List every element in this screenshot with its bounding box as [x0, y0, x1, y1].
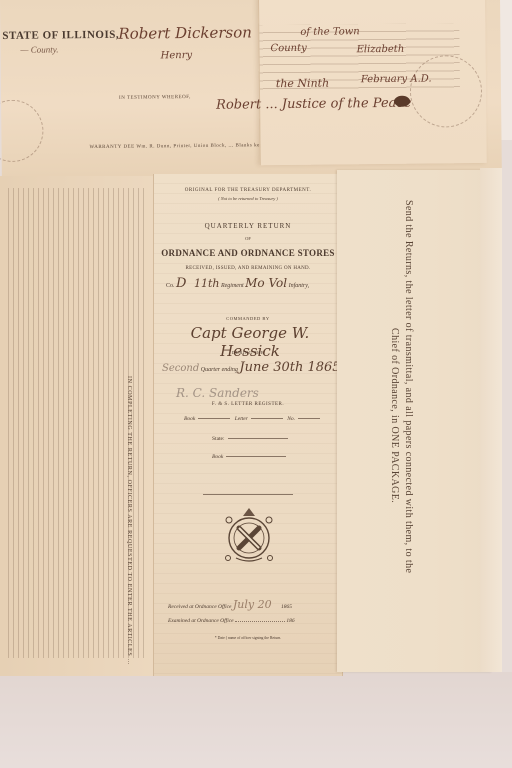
- received-year: 1865: [281, 604, 292, 610]
- ornament-left: [0, 100, 44, 163]
- book2-label: Book: [212, 454, 223, 460]
- deed-hand-line-1: of the Town: [300, 26, 359, 38]
- form-commanded-by: COMMANDED BY: [154, 316, 342, 321]
- deed-hand-line-5: the Ninth: [276, 77, 329, 91]
- instructions-header: IN COMPLETING THE RETURN, OFFICERS ARE R…: [126, 376, 132, 665]
- deed-hand-line-6: February A.D.: [361, 73, 432, 85]
- warranty-deed-document: STATE OF ILLINOIS, — County. WARRANTY DE…: [0, 0, 502, 178]
- received-at-line: Received at Ordnance Office July 20 1865: [168, 598, 292, 611]
- deed-hand-line-3: County: [270, 43, 306, 54]
- form-of: OF: [154, 236, 342, 241]
- form-original-line: ORIGINAL FOR THE TREASURY DEPARTMENT.: [154, 188, 342, 193]
- deed-handwritten-name: Robert Dickerson: [118, 23, 252, 42]
- pencil-note: R. C. Sanders: [176, 386, 259, 400]
- ornament-right: [410, 55, 483, 128]
- quarter-date: June 30th 1865.: [239, 360, 344, 375]
- book-label: Book: [184, 416, 195, 422]
- state-label: State:: [212, 436, 225, 442]
- cover-sheet: Send the Returns, the letter of transmit…: [337, 170, 492, 672]
- form-received: RECEIVED, ISSUED, AND REMAINING ON HAND.: [154, 266, 342, 271]
- instructions-sheet: IN COMPLETING THE RETURN, OFFICERS ARE R…: [0, 176, 156, 676]
- examined-at-line: Examined at Ordnance Office 186: [168, 618, 295, 624]
- cover-line-1: Send the Returns, the letter of transmit…: [403, 200, 414, 650]
- branch: Infantry,: [289, 283, 310, 289]
- form-during: DURING THE: [154, 350, 342, 355]
- state-hand: Mo Vol: [245, 276, 287, 290]
- company-prefix: Co.: [166, 283, 175, 289]
- form-footnote: * Date ( name of officer signing the Ret…: [154, 636, 342, 640]
- form-quarter-row: Second Quarter ending June 30th 1865.: [162, 360, 338, 375]
- quarter-hand: Second: [162, 363, 199, 374]
- examined-year: 186: [286, 618, 294, 624]
- received-at-label: Received at Ordnance Office: [168, 604, 231, 610]
- regiment-label: Regiment: [221, 283, 244, 289]
- form-company-row: Co. D 11th Regiment Mo Vol Infantry,: [166, 276, 334, 291]
- table-surface: [0, 672, 512, 768]
- company-letter: D: [176, 276, 186, 291]
- deed-witness: IN TESTIMONY WHEREOF,: [119, 95, 191, 101]
- quarter-label: Quarter ending: [201, 367, 238, 373]
- ordnance-return-form: ORIGINAL FOR THE TREASURY DEPARTMENT. ( …: [153, 174, 343, 676]
- underlying-sheet-edge: [480, 168, 502, 672]
- deed-county: — County.: [20, 44, 58, 54]
- deed-hand-line-2: Henry: [161, 50, 193, 61]
- deed-state-heading: STATE OF ILLINOIS,: [2, 29, 119, 42]
- form-original-sub: ( Not to be returned to Treasury ): [154, 196, 342, 201]
- examined-at-label: Examined at Ordnance Office: [168, 618, 234, 624]
- cover-line-2: Chief of Ordnance, in ONE PACKAGE.: [389, 328, 400, 503]
- deed-hand-line-4: Elizabeth: [356, 44, 404, 55]
- ordnance-seal-icon: [220, 506, 278, 566]
- form-title: ORDNANCE AND ORDNANCE STORES: [154, 248, 342, 258]
- no-label: No.: [287, 416, 295, 422]
- deed-signature: Robert ... Justice of the Peace: [216, 96, 411, 113]
- received-date: July 20: [233, 598, 272, 611]
- form-quarterly: QUARTERLY RETURN: [154, 222, 342, 230]
- letter-label: Letter: [235, 416, 248, 422]
- register-heading: F. & S. LETTER REGISTER.: [154, 402, 342, 407]
- regiment-number: 11th: [194, 277, 220, 290]
